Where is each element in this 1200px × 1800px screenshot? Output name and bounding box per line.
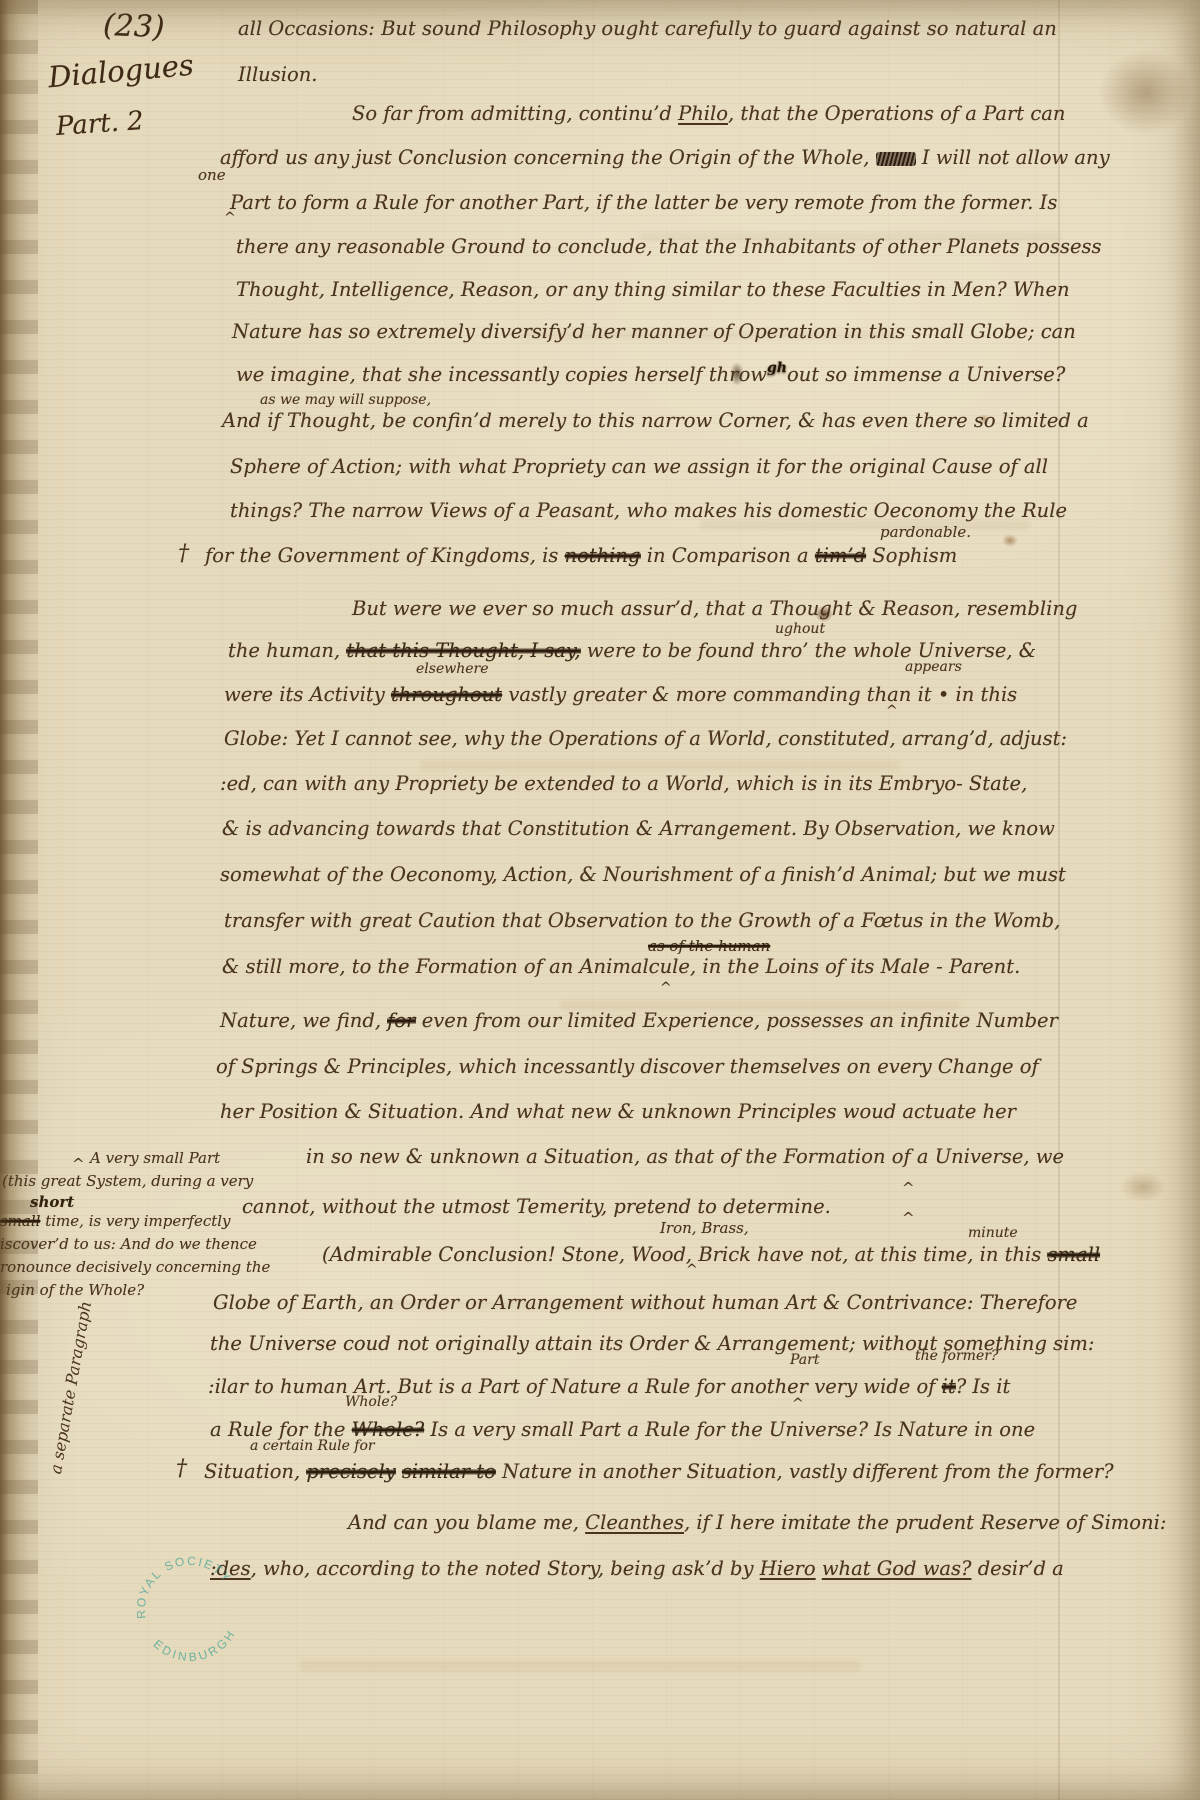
text-segment: Is a very small Part a Rule for the Univ…	[424, 1418, 1035, 1441]
text-segment: what God was?	[822, 1557, 972, 1580]
text-segment: vastly greater & more commanding than it	[502, 683, 938, 706]
royal-society-stamp: ROYAL SOCIETY EDINBURGH	[106, 1526, 275, 1695]
deleted-text: precisely	[306, 1460, 395, 1483]
text-segment: :ed, can with any Propriety be extended …	[220, 772, 1027, 795]
stamp-text-top: ROYAL SOCIETY	[120, 1540, 239, 1622]
inserted-word: Whole?	[345, 1394, 397, 1410]
text-segment: all Occasions: But sound Philosophy ough…	[238, 17, 1057, 40]
inserted-phrase: the former?	[915, 1348, 998, 1364]
body-line: :des, who, according to the noted Story,…	[210, 1558, 1064, 1580]
text-segment: But were we ever so much assur’d, that a…	[352, 597, 1077, 620]
text-segment: (this great System, during a very	[2, 1172, 253, 1190]
text-segment: her Position & Situation. And what new &…	[220, 1100, 1016, 1123]
body-line: And if Thought, be confin’d merely to th…	[222, 410, 1089, 432]
deleted-text: that this Thought, I say,	[346, 639, 580, 662]
text-segment: out so immense a Universe?	[787, 363, 1065, 386]
margin-note-line: small time, is very imperfectly	[0, 1213, 231, 1230]
inserted-word: Part	[790, 1352, 819, 1368]
body-line: all Occasions: But sound Philosophy ough…	[238, 18, 1057, 40]
text-segment: ronounce decisively concerning the	[0, 1258, 270, 1276]
inserted-phrase: a certain Rule for	[250, 1438, 375, 1454]
margin-note-line: (this great System, during a very	[2, 1173, 253, 1190]
body-line: we imagine, that she incessantly copies …	[236, 364, 1065, 386]
body-line: So far from admitting, continu’d Philo, …	[352, 103, 1065, 125]
text-segment: of Springs & Principles, which incessant…	[216, 1055, 1039, 1078]
caret-mark: ^	[686, 1262, 698, 1278]
body-line: Nature, we find, for even from our limit…	[220, 1010, 1058, 1032]
text-segment: •	[938, 683, 950, 706]
body-line: Situation, precisely similar to Nature i…	[204, 1461, 1114, 1483]
text-segment: & is advancing towards that Constitution…	[222, 817, 1055, 840]
text-segment: Part to form a Rule for another Part, if…	[230, 191, 1057, 214]
deleted-text: throughout	[391, 683, 502, 706]
paper-stain	[1120, 1172, 1166, 1202]
text-segment: And can you blame me,	[348, 1511, 585, 1534]
text-segment: Philo	[678, 102, 728, 125]
text-segment: desir’d a	[972, 1557, 1064, 1580]
text-segment: Cleanthes	[585, 1511, 684, 1534]
inserted-phrase: A very small Part	[90, 1150, 220, 1167]
text-segment: the human,	[228, 639, 346, 662]
text-segment: ^	[792, 1396, 804, 1412]
text-segment: iscover’d to us: And do we thence	[0, 1235, 257, 1253]
body-line: Part to form a Rule for another Part, if…	[230, 192, 1057, 214]
body-line: things? The narrow Views of a Peasant, w…	[230, 500, 1067, 522]
text-segment: we imagine, that she incessantly copies …	[236, 363, 767, 386]
text-segment: Illusion.	[238, 63, 317, 86]
svg-text:EDINBURGH: EDINBURGH	[148, 1613, 244, 1676]
svg-text:ROYAL SOCIETY: ROYAL SOCIETY	[120, 1540, 239, 1622]
body-line: :ilar to human Art. But is a Part of Nat…	[208, 1376, 1010, 1398]
paper-stain	[1098, 50, 1193, 135]
text-segment: ^	[686, 1262, 698, 1278]
text-segment: one	[198, 166, 226, 184]
text-segment: Sophism	[866, 544, 957, 567]
page-number: (23)	[102, 9, 165, 46]
text-segment: in so new & unknown a Situation, as that…	[306, 1145, 1064, 1168]
text-segment: I will not allow any	[916, 146, 1110, 169]
text-segment: elsewhere	[416, 661, 489, 677]
caret-mark: ^	[792, 1396, 804, 1412]
text-segment: a certain Rule for	[250, 1438, 375, 1454]
body-line: for the Government of Kingdoms, is nothi…	[205, 545, 957, 567]
body-line: Nature has so extremely diversify’d her …	[232, 321, 1076, 343]
body-line: cannot, without the utmost Temerity, pre…	[242, 1196, 831, 1218]
text-segment: Sphere of Action; with what Propriety ca…	[230, 455, 1048, 478]
body-line: Globe: Yet I cannot see, why the Operati…	[224, 728, 1067, 750]
text-segment: ^	[886, 703, 898, 719]
bleed-through	[300, 1660, 860, 1672]
inserted-word: elsewhere	[416, 661, 489, 677]
body-line: :ed, can with any Propriety be extended …	[220, 773, 1027, 795]
deleted-text: nothing	[565, 544, 641, 567]
text-segment: there any reasonable Ground to conclude,…	[236, 235, 1102, 258]
caret-mark: ^	[902, 1180, 915, 1197]
manuscript-page: (23) Dialogues Part. 2 all Occasions: Bu…	[0, 0, 1200, 1800]
text-segment: even from our limited Experience, posses…	[416, 1009, 1058, 1032]
dagger-mark: †	[176, 1456, 187, 1481]
inserted-phrase: Iron, Brass,	[660, 1220, 749, 1237]
text-segment: were to be found thro’ the whole Univers…	[581, 639, 1037, 662]
manuscript-title: Dialogues	[47, 49, 195, 95]
inserted-word: one	[198, 167, 226, 184]
text-segment: the former?	[915, 1348, 998, 1364]
text-segment: Globe: Yet I cannot see, why the Operati…	[224, 727, 1067, 750]
body-line: somewhat of the Oeconomy, Action, & Nour…	[220, 864, 1066, 886]
deleted-text: tim’d	[815, 544, 866, 567]
body-line: Thought, Intelligence, Reason, or any th…	[236, 279, 1070, 301]
body-line: of Springs & Principles, which incessant…	[216, 1056, 1039, 1078]
deleted-text: small	[1047, 1243, 1100, 1266]
inserted-word: minute	[968, 1225, 1018, 1241]
text-segment: †	[178, 541, 189, 566]
text-segment: , that the Operations of a Part can	[728, 102, 1065, 125]
text-segment: ^	[660, 980, 672, 996]
body-line: transfer with great Caution that Observa…	[224, 910, 1060, 932]
deleted-text: as of the human	[648, 937, 770, 955]
body-line: Sphere of Action; with what Propriety ca…	[230, 456, 1048, 478]
text-segment: ? Is it	[956, 1375, 1011, 1398]
text-segment: Thought, Intelligence, Reason, or any th…	[236, 278, 1070, 301]
text-segment: ^	[72, 1155, 85, 1173]
paper-stain	[1002, 534, 1018, 547]
body-line: & still more, to the Formation of an Ani…	[222, 956, 1020, 978]
text-segment: †	[176, 1456, 187, 1481]
margin-note-line: igin of the Whole?	[6, 1282, 144, 1299]
text-segment: Globe of Earth, an Order or Arrangement …	[213, 1291, 1077, 1314]
bleed-through	[420, 760, 900, 770]
deleted-text: for	[387, 1009, 415, 1032]
text-segment: somewhat of the Oeconomy, Action, & Nour…	[220, 863, 1066, 886]
text-segment: Iron, Brass,	[660, 1219, 749, 1237]
text-segment: time, is very imperfectly	[40, 1212, 230, 1230]
margin-note-line: short	[30, 1194, 74, 1211]
body-line: were its Activity throughout vastly grea…	[224, 684, 1017, 706]
text-segment: igin of the Whole?	[6, 1281, 144, 1299]
text-segment: for the Government of Kingdoms, is	[205, 544, 565, 567]
text-segment: ^	[902, 1209, 915, 1227]
body-line: Illusion.	[238, 64, 317, 86]
text-segment: Nature has so extremely diversify’d her …	[232, 320, 1076, 343]
caret-mark: ^	[886, 703, 898, 719]
text-segment: ^	[224, 210, 236, 226]
page-left-edge	[0, 0, 38, 1800]
inserted-word: appears	[905, 659, 962, 675]
caret-mark: ^	[224, 210, 236, 226]
text-segment: Situation,	[204, 1460, 306, 1483]
text-segment: And if Thought, be confin’d merely to th…	[222, 409, 1089, 432]
text-segment: in this	[949, 683, 1017, 706]
text-segment: So far from admitting, continu’d	[352, 102, 678, 125]
deleted-phrase: as of the human	[648, 938, 770, 955]
text-segment: ^	[902, 1179, 915, 1197]
text-segment: minute	[968, 1225, 1018, 1241]
dagger-mark: †	[178, 541, 189, 566]
body-line: Globe of Earth, an Order or Arrangement …	[213, 1292, 1077, 1314]
text-segment: Nature, we find,	[220, 1009, 387, 1032]
caret-mark: ^	[660, 980, 672, 996]
interlinear-note: as we may will suppose,	[260, 392, 431, 408]
margin-note-line: ronounce decisively concerning the	[0, 1259, 270, 1276]
body-line: & is advancing towards that Constitution…	[222, 818, 1055, 840]
text-segment: :ilar to human Art. But is a Part of Nat…	[208, 1375, 942, 1398]
deleted-text: similar to	[402, 1460, 496, 1483]
text-segment: cannot, without the utmost Temerity, pre…	[242, 1195, 831, 1218]
text-segment: ughout	[775, 621, 825, 637]
caret-mark: ^	[902, 1210, 915, 1227]
inserted-word: pardonable.	[880, 524, 971, 541]
text-segment: things? The narrow Views of a Peasant, w…	[230, 499, 1067, 522]
text-segment: appears	[905, 659, 962, 675]
body-line: And can you blame me, Cleanthes, if I he…	[348, 1512, 1166, 1534]
text-segment: afford us any just Conclusion concerning…	[220, 146, 876, 169]
body-line: (Admirable Conclusion! Stone, Wood, Bric…	[322, 1244, 1100, 1266]
text-segment	[396, 1460, 402, 1483]
body-line: there any reasonable Ground to conclude,…	[236, 236, 1102, 258]
manuscript-part: Part. 2	[55, 107, 145, 143]
text-segment: pardonable.	[880, 523, 971, 541]
text-segment: Part	[790, 1352, 819, 1368]
text-segment	[876, 152, 916, 166]
text-segment: , if I here imitate the prudent Reserve …	[684, 1511, 1166, 1534]
text-segment: , who, according to the noted Story, bei…	[251, 1557, 760, 1580]
inserted-word: ughout	[775, 621, 825, 637]
text-segment: & still more, to the Formation of an Ani…	[222, 955, 1020, 978]
body-line: But were we ever so much assur’d, that a…	[352, 598, 1077, 620]
text-segment: short	[30, 1193, 74, 1211]
deleted-text: it	[942, 1375, 956, 1398]
text-segment: in Comparison a	[641, 544, 815, 567]
caret-mark: ^	[72, 1156, 85, 1173]
stamp-text-bottom: EDINBURGH	[148, 1613, 244, 1676]
text-segment: A very small Part	[90, 1149, 220, 1167]
vertical-margin-note: a separate Paragraph	[46, 1300, 95, 1476]
body-line: her Position & Situation. And what new &…	[220, 1101, 1016, 1123]
text-segment: gh	[767, 360, 787, 376]
body-line: afford us any just Conclusion concerning…	[220, 147, 1110, 169]
body-line: in so new & unknown a Situation, as that…	[306, 1146, 1064, 1168]
margin-note-line: iscover’d to us: And do we thence	[0, 1236, 257, 1253]
text-segment: Hiero	[760, 1557, 816, 1580]
text-segment: were its Activity	[224, 683, 391, 706]
text-segment: transfer with great Caution that Observa…	[224, 909, 1060, 932]
deleted-text: small	[0, 1212, 40, 1230]
text-segment: Whole?	[345, 1394, 397, 1410]
text-segment: Nature in another Situation, vastly diff…	[496, 1460, 1114, 1483]
text-segment: as we may will suppose,	[260, 392, 431, 408]
text-segment: (Admirable Conclusion! Stone, Wood, Bric…	[322, 1243, 1047, 1266]
